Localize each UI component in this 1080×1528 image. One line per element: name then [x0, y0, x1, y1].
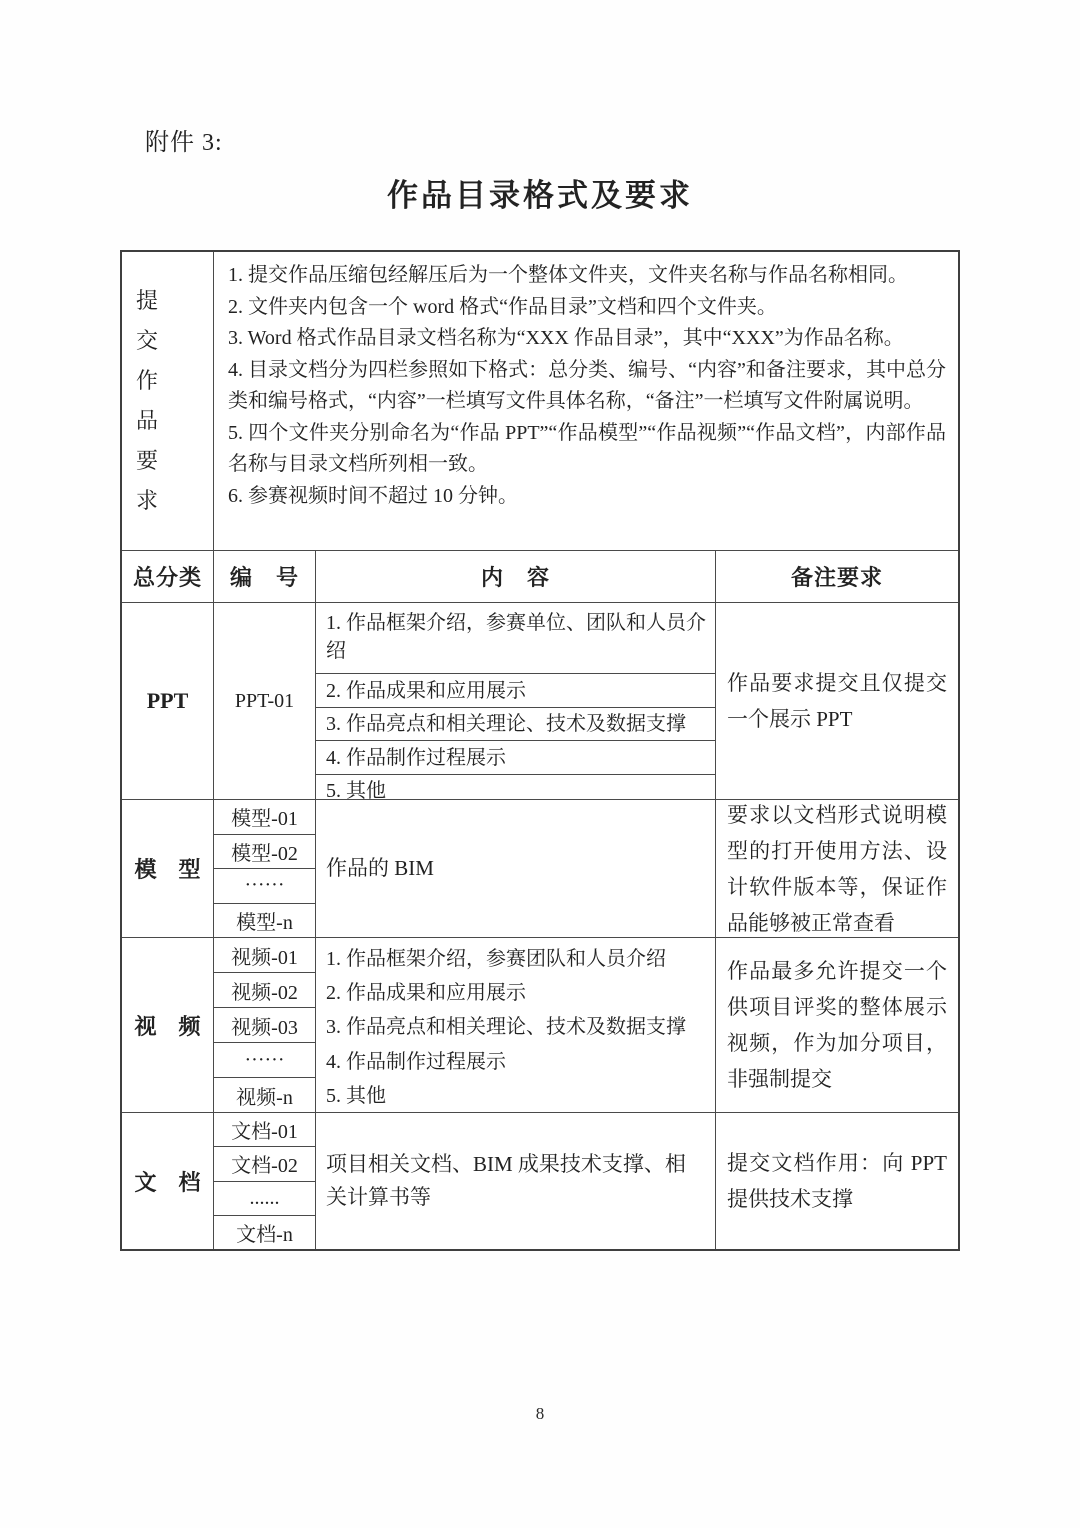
requirement-item: 3. Word 格式作品目录文档名称为“XXX 作品目录”，其中“XXX”为作品… [228, 323, 946, 355]
content-item: 4. 作品制作过程展示 [316, 740, 715, 774]
code-item: 视频-01 [214, 938, 315, 972]
requirement-item: 4. 目录文档分为四栏参照如下格式：总分类、编号、“内容”和备注要求，其中总分类… [228, 355, 946, 418]
remark-document: 提交文档作用：向 PPT 提供技术支撑 [715, 1113, 958, 1249]
table-header-row: 总分类 编 号 内 容 备注要求 [122, 550, 958, 602]
category-ppt: PPT [122, 603, 213, 799]
label-line: 作 品 [122, 361, 213, 441]
code-item: 视频-n [214, 1077, 315, 1112]
header-content: 内 容 [315, 551, 715, 602]
document-page: 附件 3: 作品目录格式及要求 提 交 作 品 要 求 1. 提交作品压缩包经解… [0, 0, 1080, 1528]
content-item: 3. 作品亮点和相关理论、技术及数据支撑 [326, 1010, 707, 1044]
attachment-label: 附件 3: [145, 122, 223, 157]
content-video: 1. 作品框架介绍，参赛团队和人员介绍 2. 作品成果和应用展示 3. 作品亮点… [315, 938, 715, 1112]
remark-text: 作品最多允许提交一个供项目评奖的整体展示视频，作为加分项目，非强制提交 [727, 953, 947, 1097]
codes-model: 模型-01 模型-02 ······ 模型-n [213, 800, 315, 937]
code-item: ...... [214, 1181, 315, 1215]
page-title: 作品目录格式及要求 [0, 170, 1080, 215]
content-item: 1. 作品框架介绍，参赛团队和人员介绍 [326, 942, 707, 976]
label-line: 要 求 [122, 441, 213, 521]
content-ppt: 1. 作品框架介绍，参赛单位、团队和人员介绍 2. 作品成果和应用展示 3. 作… [315, 603, 715, 799]
header-remark: 备注要求 [715, 551, 958, 602]
code-item: 模型-01 [214, 800, 315, 834]
content-item: 4. 作品制作过程展示 [326, 1045, 707, 1079]
requirement-item: 2. 文件夹内包含一个 word 格式“作品目录”文档和四个文件夹。 [228, 292, 946, 324]
remark-model: 要求以文档形式说明模型的打开使用方法、设计软件版本等，保证作品能够被正常查看 [715, 800, 958, 937]
codes-video: 视频-01 视频-02 视频-03 ······ 视频-n [213, 938, 315, 1112]
page-number: 8 [0, 1404, 1080, 1424]
content-item: 3. 作品亮点和相关理论、技术及数据支撑 [316, 707, 715, 740]
category-document: 文 档 [122, 1113, 213, 1249]
content-item: 2. 作品成果和应用展示 [326, 976, 707, 1010]
header-code: 编 号 [213, 551, 315, 602]
content-item: 5. 其他 [326, 1079, 707, 1112]
code-item: 文档-01 [214, 1113, 315, 1146]
content-text: 作品的 BIM [326, 852, 434, 885]
section-row-video: 视 频 视频-01 视频-02 视频-03 ······ 视频-n 1. 作品框… [122, 937, 958, 1112]
catalog-table: 提 交 作 品 要 求 1. 提交作品压缩包经解压后为一个整体文件夹，文件夹名称… [120, 250, 960, 1251]
requirement-item: 1. 提交作品压缩包经解压后为一个整体文件夹，文件夹名称与作品名称相同。 [228, 260, 946, 292]
remark-text: 提交文档作用：向 PPT 提供技术支撑 [727, 1145, 947, 1217]
submission-requirements-text: 1. 提交作品压缩包经解压后为一个整体文件夹，文件夹名称与作品名称相同。 2. … [213, 252, 958, 550]
remark-video: 作品最多允许提交一个供项目评奖的整体展示视频，作为加分项目，非强制提交 [715, 938, 958, 1112]
section-row-document: 文 档 文档-01 文档-02 ...... 文档-n 项目相关文档、BIM 成… [122, 1112, 958, 1249]
header-category: 总分类 [122, 551, 213, 602]
content-item: 5. 其他 [316, 774, 715, 799]
requirement-item: 5. 四个文件夹分别命名为“作品 PPT”“作品模型”“作品视频”“作品文档”，… [228, 418, 946, 481]
submission-requirements-row: 提 交 作 品 要 求 1. 提交作品压缩包经解压后为一个整体文件夹，文件夹名称… [122, 252, 958, 550]
code-item: ······ [214, 1042, 315, 1077]
content-item: 2. 作品成果和应用展示 [316, 673, 715, 707]
code-item: 文档-02 [214, 1146, 315, 1180]
content-document: 项目相关文档、BIM 成果技术支撑、相关计算书等 [315, 1113, 715, 1249]
code-item: 模型-n [214, 903, 315, 938]
submission-requirements-label: 提 交 作 品 要 求 [122, 252, 213, 550]
codes-document: 文档-01 文档-02 ...... 文档-n [213, 1113, 315, 1249]
requirement-item: 6. 参赛视频时间不超过 10 分钟。 [228, 481, 946, 513]
section-row-ppt: PPT PPT-01 1. 作品框架介绍，参赛单位、团队和人员介绍 2. 作品成… [122, 602, 958, 799]
label-line: 提 交 [122, 281, 213, 361]
remark-ppt: 作品要求提交且仅提交一个展示 PPT [715, 603, 958, 799]
code-item: 视频-03 [214, 1007, 315, 1042]
code-item: 模型-02 [214, 834, 315, 869]
remark-text: 作品要求提交且仅提交一个展示 PPT [727, 665, 947, 737]
category-video: 视 频 [122, 938, 213, 1112]
content-text: 项目相关文档、BIM 成果技术支撑、相关计算书等 [326, 1148, 705, 1214]
code-item: 文档-n [214, 1215, 315, 1249]
content-item: 1. 作品框架介绍，参赛单位、团队和人员介绍 [316, 603, 715, 673]
remark-text: 要求以文档形式说明模型的打开使用方法、设计软件版本等，保证作品能够被正常查看 [727, 800, 947, 937]
section-row-model: 模 型 模型-01 模型-02 ······ 模型-n 作品的 BIM 要求以文… [122, 799, 958, 937]
category-model: 模 型 [122, 800, 213, 937]
code-item: ······ [214, 868, 315, 903]
content-model: 作品的 BIM [315, 800, 715, 937]
code-ppt-01: PPT-01 [213, 603, 315, 799]
code-item: 视频-02 [214, 972, 315, 1007]
